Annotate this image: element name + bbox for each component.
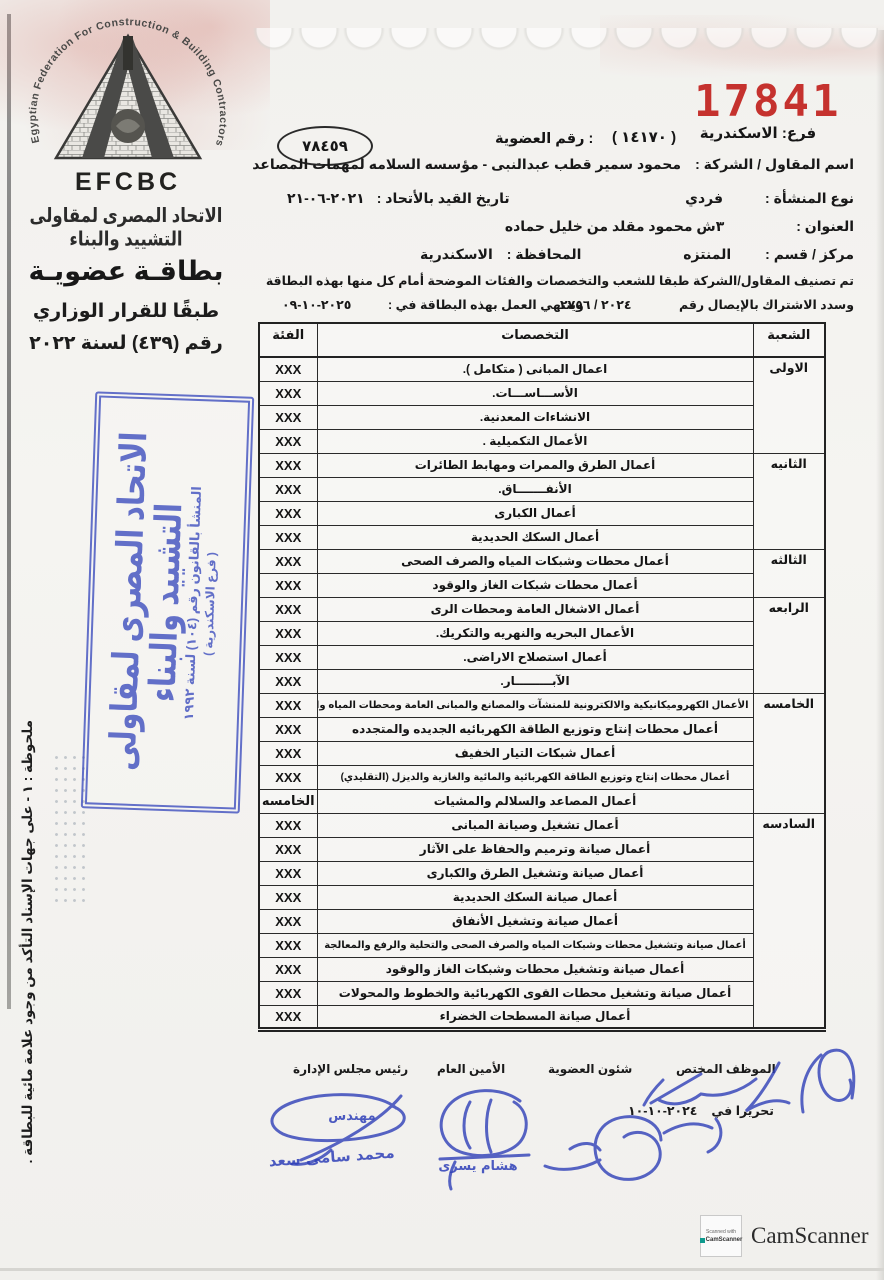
table-row: الاولىاعمال المبانى ( متكامل ).XXX	[259, 357, 825, 381]
efcbc-logo-svg: Egyptian Federation For Construction & B…	[12, 6, 244, 206]
camscanner-text: CamScanner	[751, 1223, 869, 1249]
specialization-cell: أعمال صيانة وترميم والحفاظ على الآثار	[317, 837, 753, 861]
receipt-label: وسدد الاشتراك بالإيصال رقم	[679, 297, 854, 312]
camscanner-badge-icon	[700, 1238, 705, 1243]
table-row: الثالثهأعمال محطات وشبكات المياه والصرف …	[259, 549, 825, 573]
header-category: الفئة	[259, 323, 317, 357]
pyramid-icon	[56, 36, 200, 158]
category-cell: XXX	[259, 693, 317, 717]
category-cell: XXX	[259, 549, 317, 573]
category-cell: XXX	[259, 405, 317, 429]
header-division: الشعبة	[753, 323, 825, 357]
stamp-line-3: ( فرع الاسكندرية )	[202, 552, 220, 656]
governorate-value: الاسكندرية	[420, 246, 493, 263]
specialization-cell: أعمال محطات إنتاج وتوزيع الطاقة الكهربائ…	[317, 765, 753, 789]
category-cell: XXX	[259, 717, 317, 741]
category-cell: XXX	[259, 1005, 317, 1029]
category-cell: XXX	[259, 957, 317, 981]
table-row: الخامسهالأعمال الكهروميكانيكية والالكترو…	[259, 693, 825, 717]
address-row: العنوان : ٣ش محمود مقلد من خليل حماده	[505, 218, 854, 235]
spec-table-body: الاولىاعمال المبانى ( متكامل ).XXXالأســ…	[259, 357, 825, 1029]
category-cell: XXX	[259, 429, 317, 453]
stamp-line-1: الاتحاد المصرى لمقاولى التشييد والبناء	[103, 398, 193, 805]
registration-date-row: تاريخ القيد بالأتحاد : ٢٠٢١-٠٦-٢١	[287, 190, 510, 207]
federation-name-arabic: الاتحاد المصرى لمقاولى التشييد والبناء	[4, 204, 248, 251]
expiry-value: ٢٠٢٥-١٠-٠٩	[282, 297, 351, 312]
table-row: الرابعهأعمال الاشغال العامة ومحطات الرىX…	[259, 597, 825, 621]
division-cell: الخامسه	[753, 693, 825, 813]
specialization-cell: أعمال صيانة وتشغيل الأنفاق	[317, 909, 753, 933]
specialization-cell: أعمال الكبارى	[317, 501, 753, 525]
header-specializations: التخصصات	[317, 323, 753, 357]
decorative-scalloped-edge	[252, 28, 878, 54]
specialization-cell: اعمال المبانى ( متكامل ).	[317, 357, 753, 381]
entity-type-value: فردي	[685, 190, 723, 207]
camscanner-badge: Scanned with CamScanner	[700, 1215, 742, 1257]
serial-number: 17841	[694, 76, 841, 127]
card-title: بطاقـة عضويـة	[10, 256, 242, 287]
table-row: أعمال صيانة وتشغيل الطرق والكبارىXXX	[259, 861, 825, 885]
chairman-signature-loop	[272, 1095, 404, 1141]
table-row: أعمال صيانة السكك الحديديةXXX	[259, 885, 825, 909]
specialization-cell: الأعمال الكهروميكانيكية والالكترونية للم…	[317, 693, 753, 717]
issued-date-row: تحريرا في ٢٠٢٤-١٠-١٠	[628, 1103, 774, 1118]
issued-date: ٢٠٢٤-١٠-١٠	[628, 1103, 697, 1118]
specialization-cell: أعمال محطات إنتاج وتوزيع الطاقة الكهربائ…	[317, 717, 753, 741]
role-membership-affairs: شئون العضوية	[548, 1062, 632, 1076]
specialization-cell: الأعمال التكميلية .	[317, 429, 753, 453]
table-row: الآبـــــــــار.XXX	[259, 669, 825, 693]
table-row: الانشاءات المعدنية.XXX	[259, 405, 825, 429]
entity-type-row: نوع المنشأة : فردي	[685, 190, 854, 207]
decree-line-2: رقم (٤٣٩) لسنة ٢٠٢٢	[10, 332, 242, 355]
contractor-row: اسم المقاول / الشركة : محمود سمير قطب عب…	[252, 156, 854, 173]
category-cell: XXX	[259, 837, 317, 861]
specialization-cell: أعمال السكك الحديدية	[317, 525, 753, 549]
table-row: أعمال صيانة وتشغيل محطات وشبكات الغاز وا…	[259, 957, 825, 981]
camscanner-watermark: Scanned with CamScanner CamScanner	[700, 1215, 869, 1257]
scan-edge-shadow	[876, 30, 884, 1280]
specialization-cell: أعمال محطات شبكات الغاز والوقود	[317, 573, 753, 597]
specialization-cell: أعمال محطات وشبكات المياه والصرف الصحى	[317, 549, 753, 573]
table-row: أعمال صيانة وتشغيل الأنفاقXXX	[259, 909, 825, 933]
category-cell: XXX	[259, 669, 317, 693]
category-cell: XXX	[259, 501, 317, 525]
address-label: العنوان :	[796, 218, 854, 235]
table-row: أعمال استصلاح الاراضى.XXX	[259, 645, 825, 669]
entity-type-label: نوع المنشأة :	[765, 190, 854, 207]
decree-line-1: طبقًا للقرار الوزاري	[10, 300, 242, 323]
scan-edge-line	[7, 14, 11, 1009]
table-row: الأعمال التكميلية .XXX	[259, 429, 825, 453]
badge-camscanner: CamScanner	[706, 1237, 743, 1243]
role-board-chairman: رئيس مجلس الإدارة	[293, 1062, 408, 1076]
division-cell: الثالثه	[753, 549, 825, 597]
specialization-cell: الأعمال البحريه والنهريه والتكريك.	[317, 621, 753, 645]
category-cell: XXX	[259, 597, 317, 621]
specialization-cell: أعمال صيانة وتشغيل محطات وشبكات الغاز وا…	[317, 957, 753, 981]
specialization-cell: الأنفـــــــاق.	[317, 477, 753, 501]
category-cell: XXX	[259, 933, 317, 957]
vertical-watermark-note: ملحوظة : ١ - على جهات الإسناد التأكد من …	[20, 720, 46, 1160]
secretary-signature-loop	[441, 1091, 526, 1156]
table-row: أعمال محطات إنتاج وتوزيع الطاقة الكهربائ…	[259, 765, 825, 789]
governorate-row: المحافظة : الاسكندرية	[420, 246, 581, 263]
membership-signature-loop	[595, 1117, 661, 1180]
officer-signature-flourish	[659, 1079, 756, 1104]
specialization-cell: أعمال استصلاح الاراضى.	[317, 645, 753, 669]
category-cell: XXX	[259, 357, 317, 381]
specialization-cell: أعمال شبكات التيار الخفيف	[317, 741, 753, 765]
table-header-row: الشعبة التخصصات الفئة	[259, 323, 825, 357]
registration-date-value: ٢٠٢١-٠٦-٢١	[287, 190, 365, 207]
governorate-label: المحافظة :	[507, 246, 582, 263]
table-row: أعمال المصاعد والسلالم والمشياتالخامسه	[259, 789, 825, 813]
registration-date-label: تاريخ القيد بالأتحاد :	[377, 190, 510, 207]
chairman-name-handwritten: محمد سامى سعد	[268, 1144, 395, 1171]
category-cell: XXX	[259, 741, 317, 765]
category-cell: XXX	[259, 813, 317, 837]
table-row: الأنفـــــــاق.XXX	[259, 477, 825, 501]
division-cell: الاولى	[753, 357, 825, 453]
scanned-membership-card: Egyptian Federation For Construction & B…	[0, 0, 884, 1280]
category-cell: XXX	[259, 909, 317, 933]
role-officer: الموظف المختص	[676, 1062, 776, 1076]
category-cell: XXX	[259, 381, 317, 405]
badge-scanned-with: Scanned with	[706, 1229, 736, 1235]
category-cell: XXX	[259, 981, 317, 1005]
table-row: أعمال الكبارىXXX	[259, 501, 825, 525]
table-row: أعمال صيانة وترميم والحفاظ على الآثارXXX	[259, 837, 825, 861]
category-cell: XXX	[259, 453, 317, 477]
specialization-cell: أعمال صيانة السكك الحديدية	[317, 885, 753, 909]
specialization-cell: الآبـــــــــار.	[317, 669, 753, 693]
specialization-cell: أعمال صيانة وتشغيل محطات وشبكات المياه و…	[317, 933, 753, 957]
role-secretary-general: الأمين العام	[437, 1062, 505, 1076]
contractor-value: محمود سمير قطب عبدالنبى - مؤسسه السلامه …	[252, 156, 681, 173]
category-cell: XXX	[259, 525, 317, 549]
table-row: أعمال صيانة وتشغيل محطات وشبكات المياه و…	[259, 933, 825, 957]
branch-ink-stamp: الاتحاد المصرى لمقاولى التشييد والبناء ا…	[81, 391, 254, 813]
table-row: الثانيهأعمال الطرق والممرات ومهابط الطائ…	[259, 453, 825, 477]
division-cell: الثانيه	[753, 453, 825, 549]
division-cell: السادسه	[753, 813, 825, 1029]
officer-signature-stroke	[819, 1050, 854, 1100]
category-cell: XXX	[259, 621, 317, 645]
expiry-label: وينتهي العمل بهذه البطاقة في :	[388, 297, 584, 312]
file-number: ( ١٤١٧٠ )	[612, 128, 676, 146]
issued-label: تحريرا في	[711, 1103, 774, 1118]
specialization-cell: أعمال الطرق والممرات ومهابط الطائرات	[317, 453, 753, 477]
category-cell: XXX	[259, 765, 317, 789]
category-cell: XXX	[259, 885, 317, 909]
specialization-cell: الأســـاســـات.	[317, 381, 753, 405]
membership-number-label: رقم العضوية :	[495, 131, 593, 147]
table-row: السادسهأعمال تشغيل وصيانة المبانىXXX	[259, 813, 825, 837]
category-cell: الخامسه	[259, 789, 317, 813]
specialization-cell: أعمال تشغيل وصيانة المبانى	[317, 813, 753, 837]
division-cell: الرابعه	[753, 597, 825, 693]
specialization-cell: الانشاءات المعدنية.	[317, 405, 753, 429]
table-row: أعمال محطات شبكات الغاز والوقودXXX	[259, 573, 825, 597]
table-row: الأعمال البحريه والنهريه والتكريك.XXX	[259, 621, 825, 645]
address-value: ٣ش محمود مقلد من خليل حماده	[505, 218, 724, 235]
secretary-name-handwritten: هشام يسرى	[438, 1159, 517, 1174]
membership-number: ٧٨٤٥٩	[302, 137, 348, 155]
branch-line: فرع: الاسكندرية	[688, 124, 828, 142]
engineer-title-handwritten: مهندس	[328, 1109, 375, 1124]
category-cell: XXX	[259, 477, 317, 501]
district-value: المنتزه	[683, 246, 731, 263]
table-row: أعمال صيانة وتشغيل محطات القوى الكهربائي…	[259, 981, 825, 1005]
table-row: الأســـاســـات.XXX	[259, 381, 825, 405]
contractor-label: اسم المقاول / الشركة :	[695, 156, 854, 173]
specialization-cell: أعمال المصاعد والسلالم والمشيات	[317, 789, 753, 813]
specialization-cell: أعمال صيانة المسطحات الخضراء	[317, 1005, 753, 1029]
specialization-cell: أعمال الاشغال العامة ومحطات الرى	[317, 597, 753, 621]
category-cell: XXX	[259, 861, 317, 885]
specializations-table: الشعبة التخصصات الفئة الاولىاعمال المبان…	[258, 322, 826, 1032]
category-cell: XXX	[259, 645, 317, 669]
specialization-cell: أعمال صيانة وتشغيل الطرق والكبارى	[317, 861, 753, 885]
logo-acronym: EFCBC	[75, 168, 181, 196]
district-row: مركز / قسم : المنتزه	[683, 246, 854, 263]
table-row: أعمال السكك الحديديةXXX	[259, 525, 825, 549]
table-row: أعمال صيانة المسطحات الخضراءXXX	[259, 1005, 825, 1029]
category-cell: XXX	[259, 573, 317, 597]
table-row: أعمال شبكات التيار الخفيفXXX	[259, 741, 825, 765]
classification-note: تم تصنيف المقاول/الشركة طبقا للشعب والتخ…	[266, 273, 854, 288]
table-row: أعمال محطات إنتاج وتوزيع الطاقة الكهربائ…	[259, 717, 825, 741]
specialization-cell: أعمال صيانة وتشغيل محطات القوى الكهربائي…	[317, 981, 753, 1005]
efcbc-logo: Egyptian Federation For Construction & B…	[12, 6, 244, 206]
district-label: مركز / قسم :	[765, 246, 854, 263]
scan-bottom-line	[0, 1268, 884, 1271]
